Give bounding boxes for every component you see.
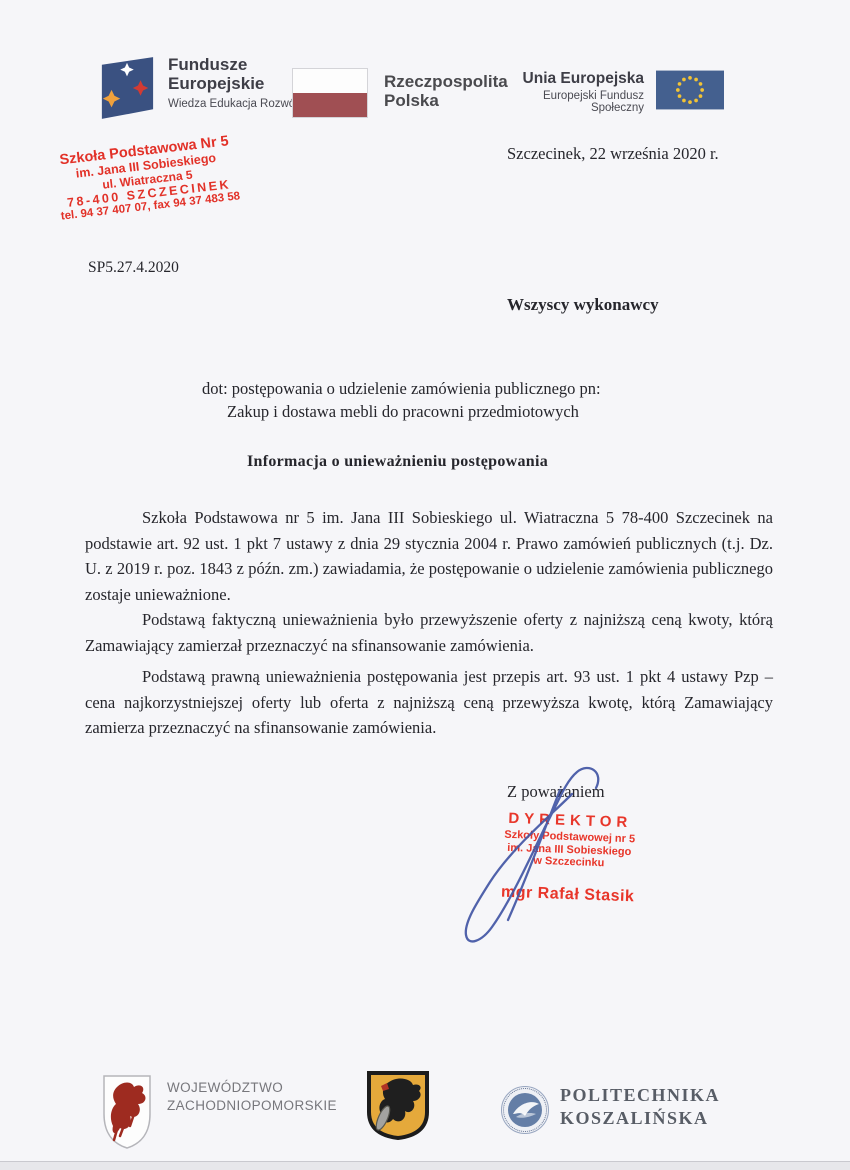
politechnika-seal-icon	[501, 1086, 549, 1134]
eu-subtitle: Europejski Fundusz Społeczny	[512, 90, 644, 114]
zachodniopomorskie-coat-of-arms-icon	[102, 1074, 152, 1150]
fundusze-europejskie-text: Fundusze Europejskie Wiedza Edukacja Roz…	[168, 55, 298, 110]
subject-line-1: dot: postępowania o udzielenie zamówieni…	[202, 379, 601, 399]
voivodeship-label: WOJEWÓDZTWO ZACHODNIOPOMORSKIE	[167, 1079, 337, 1114]
pl-title-line2: Polska	[384, 91, 508, 110]
university-line2: KOSZALIŃSKA	[560, 1107, 720, 1130]
eu-title: Unia Europejska	[512, 70, 644, 88]
director-stamp: DYREKTOR Szkoły Podstawowej nr 5 im. Jan…	[492, 809, 645, 906]
scanned-letter-page: Fundusze Europejskie Wiedza Edukacja Roz…	[0, 0, 850, 1170]
paragraph-2: Podstawą faktyczną unieważnienia było pr…	[85, 607, 773, 658]
school-address-stamp: Szkoła Podstawowa Nr 5 im. Jana III Sobi…	[28, 130, 266, 226]
fundusze-europejskie-flag-icon	[98, 55, 156, 121]
subject-line-2: Zakup i dostawa mebli do pracowni przedm…	[227, 402, 579, 422]
rzeczpospolita-polska-text: Rzeczpospolita Polska	[384, 72, 508, 110]
seal-bird-icon	[508, 1093, 542, 1127]
unia-europejska-text: Unia Europejska Europejski Fundusz Społe…	[512, 70, 644, 114]
paragraph-3: Podstawą prawną unieważnienia postępowan…	[85, 664, 773, 741]
letter-heading: Informacja o unieważnieniu postępowania	[247, 453, 548, 471]
university-line1: POLITECHNIKA	[560, 1084, 720, 1107]
voivodeship-line2: ZACHODNIOPOMORSKIE	[167, 1097, 337, 1115]
place-and-date: Szczecinek, 22 września 2020 r.	[507, 144, 719, 164]
fe-title-line2: Europejskie	[168, 74, 298, 93]
university-label: POLITECHNIKA KOSZALIŃSKA	[560, 1084, 720, 1130]
poland-flag-icon	[292, 68, 368, 118]
fe-title-line1: Fundusze	[168, 55, 298, 74]
szczecinek-coat-of-arms-icon	[366, 1070, 430, 1141]
paragraph-1: Szkoła Podstawowa nr 5 im. Jana III Sobi…	[85, 505, 773, 607]
voivodeship-line1: WOJEWÓDZTWO	[167, 1079, 337, 1097]
eu-flag-icon	[656, 70, 724, 110]
fe-subtitle: Wiedza Edukacja Rozwój	[168, 98, 298, 110]
scan-edge-strip	[0, 1161, 850, 1170]
closing-phrase: Z poważaniem	[507, 782, 605, 802]
pl-title-line1: Rzeczpospolita	[384, 72, 508, 91]
recipient: Wszyscy wykonawcy	[507, 295, 659, 315]
reference-number: SP5.27.4.2020	[88, 259, 179, 277]
unia-europejska-logo: Unia Europejska Europejski Fundusz Społe…	[512, 70, 724, 114]
director-name: mgr Rafał Stasik	[492, 883, 643, 906]
rzeczpospolita-polska-logo: Rzeczpospolita Polska	[292, 68, 508, 118]
fundusze-europejskie-logo: Fundusze Europejskie Wiedza Edukacja Roz…	[98, 55, 298, 121]
seal-inner-disc	[508, 1093, 542, 1127]
